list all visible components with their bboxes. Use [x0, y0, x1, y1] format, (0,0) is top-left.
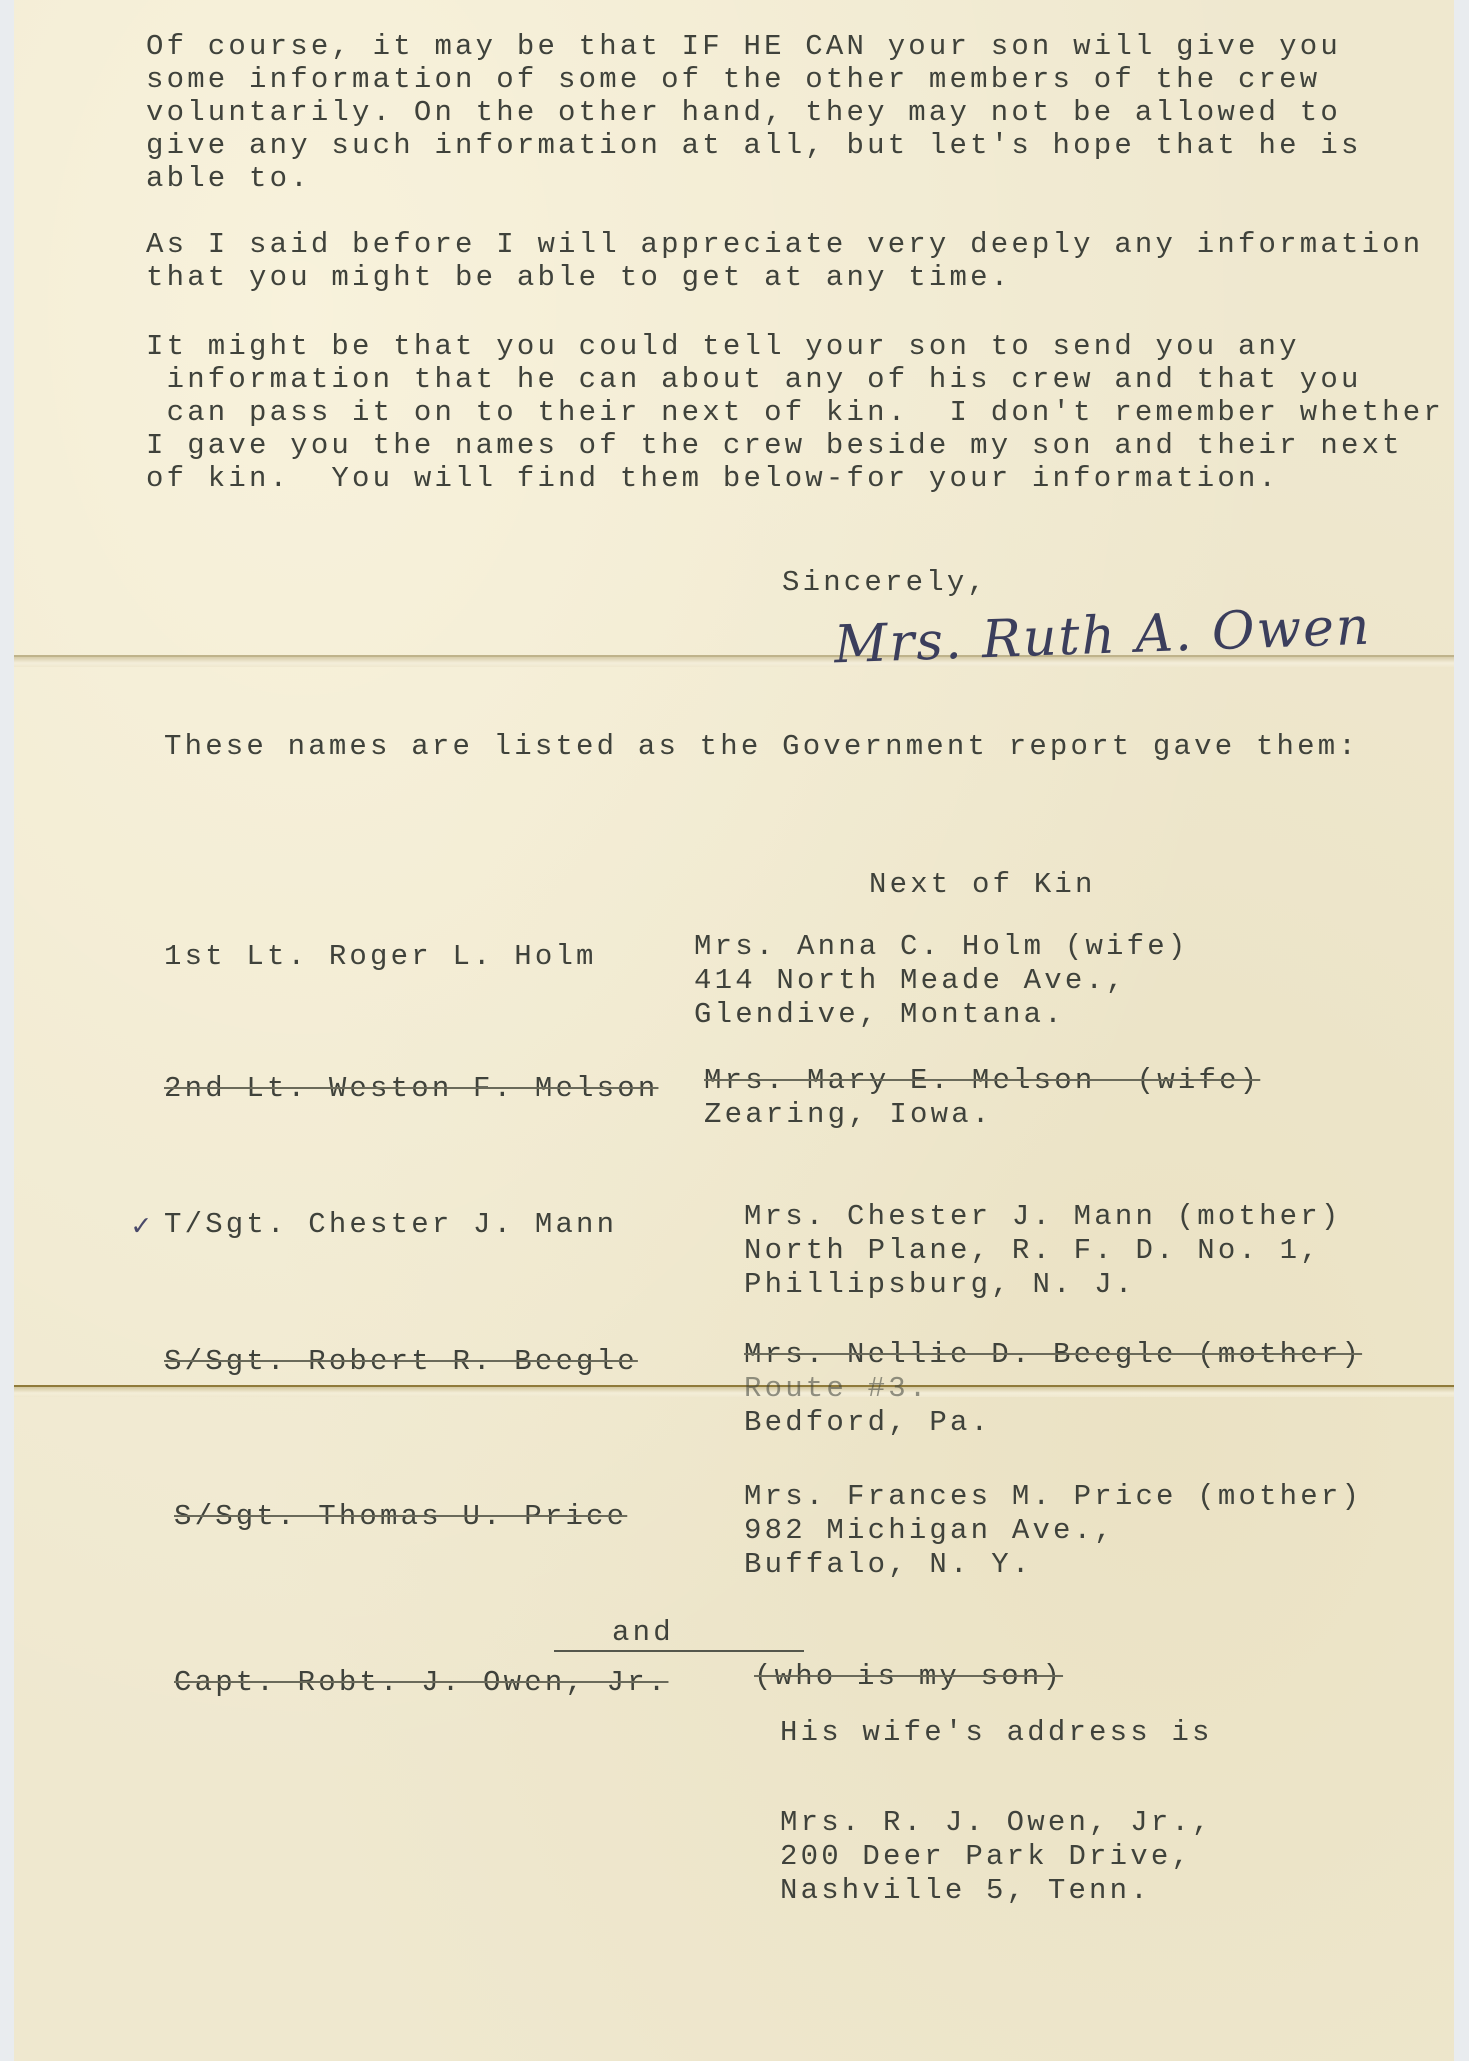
paragraph-line: give any such information at all, but le… — [146, 129, 1362, 162]
crew-kin: Mrs. Frances M. Price (mother) 982 Michi… — [744, 1480, 1362, 1582]
paragraph-1: Of course, it may be that IF HE CAN your… — [146, 30, 1362, 195]
paragraph-line: that you might be able to get at any tim… — [146, 261, 1423, 294]
kin-line: Mrs. Frances M. Price (mother) — [744, 1480, 1362, 1514]
paragraph-line: some information of some of the other me… — [146, 63, 1362, 96]
check-mark-icon: ✓ — [132, 1208, 150, 1245]
list-intro: These names are listed as the Government… — [164, 730, 1359, 764]
crew-name: T/Sgt. Chester J. Mann — [164, 1208, 617, 1242]
closing: Sincerely, — [782, 566, 988, 600]
kin-line: Bedford, Pa. — [744, 1406, 1362, 1440]
kin-line: Zearing, Iowa. — [704, 1098, 1260, 1132]
address-line: Mrs. R. J. Owen, Jr., — [780, 1806, 1213, 1840]
next-of-kin-header: Next of Kin — [869, 868, 1096, 902]
kin-line: Route #3. — [744, 1372, 1362, 1406]
wife-address: Mrs. R. J. Owen, Jr., 200 Deer Park Driv… — [780, 1806, 1213, 1908]
kin-line: Mrs. Anna C. Holm (wife) — [694, 930, 1188, 964]
kin-line: Buffalo, N. Y. — [744, 1548, 1362, 1582]
paragraph-line: Of course, it may be that IF HE CAN your… — [146, 30, 1362, 63]
paragraph-line: can pass it on to their next of kin. I d… — [146, 396, 1444, 429]
kin-line: Glendive, Montana. — [694, 998, 1188, 1032]
son-name-struck: Capt. Robt. J. Owen, Jr. — [174, 1666, 668, 1700]
paragraph-line: of kin. You will find them below-for you… — [146, 462, 1444, 495]
paragraph-line: information that he can about any of his… — [146, 363, 1444, 396]
letter-page: Of course, it may be that IF HE CAN your… — [14, 0, 1454, 2061]
son-note-struck: (who is my son) — [754, 1660, 1063, 1694]
kin-line: 414 North Meade Ave., — [694, 964, 1188, 998]
crew-name-struck: S/Sgt. Robert R. Beegle — [164, 1345, 638, 1379]
crew-kin: Mrs. Anna C. Holm (wife) 414 North Meade… — [694, 930, 1188, 1032]
paragraph-line: able to. — [146, 162, 1362, 195]
paragraph-line: voluntarily. On the other hand, they may… — [146, 96, 1362, 129]
kin-line: North Plane, R. F. D. No. 1, — [744, 1234, 1341, 1268]
kin-line-struck: Mrs. Mary E. Melson (wife) — [704, 1064, 1260, 1098]
crew-name: 1st Lt. Roger L. Holm — [164, 940, 597, 974]
paragraph-line: As I said before I will appreciate very … — [146, 228, 1423, 261]
crew-name-struck: 2nd Lt. Weston F. Melson — [164, 1072, 658, 1106]
paragraph-line: I gave you the names of the crew beside … — [146, 429, 1444, 462]
kin-line: Phillipsburg, N. J. — [744, 1268, 1341, 1302]
wife-intro: His wife's address is — [780, 1716, 1213, 1750]
and-word: and — [612, 1616, 674, 1650]
kin-line-struck: Mrs. Nellie D. Beegle (mother) — [744, 1338, 1362, 1372]
paragraph-3: It might be that you could tell your son… — [146, 330, 1444, 495]
paragraph-line: It might be that you could tell your son… — [146, 330, 1444, 363]
crew-kin: Mrs. Nellie D. Beegle (mother) Route #3.… — [744, 1338, 1362, 1440]
address-line: 200 Deer Park Drive, — [780, 1840, 1213, 1874]
and-underline — [554, 1650, 804, 1652]
address-line: Nashville 5, Tenn. — [780, 1874, 1213, 1908]
crew-kin: Mrs. Chester J. Mann (mother) North Plan… — [744, 1200, 1341, 1302]
kin-line: 982 Michigan Ave., — [744, 1514, 1362, 1548]
crew-name-struck: S/Sgt. Thomas U. Price — [174, 1500, 627, 1534]
paragraph-2: As I said before I will appreciate very … — [146, 228, 1423, 294]
crew-kin: Mrs. Mary E. Melson (wife) Zearing, Iowa… — [704, 1064, 1260, 1132]
kin-line: Mrs. Chester J. Mann (mother) — [744, 1200, 1341, 1234]
